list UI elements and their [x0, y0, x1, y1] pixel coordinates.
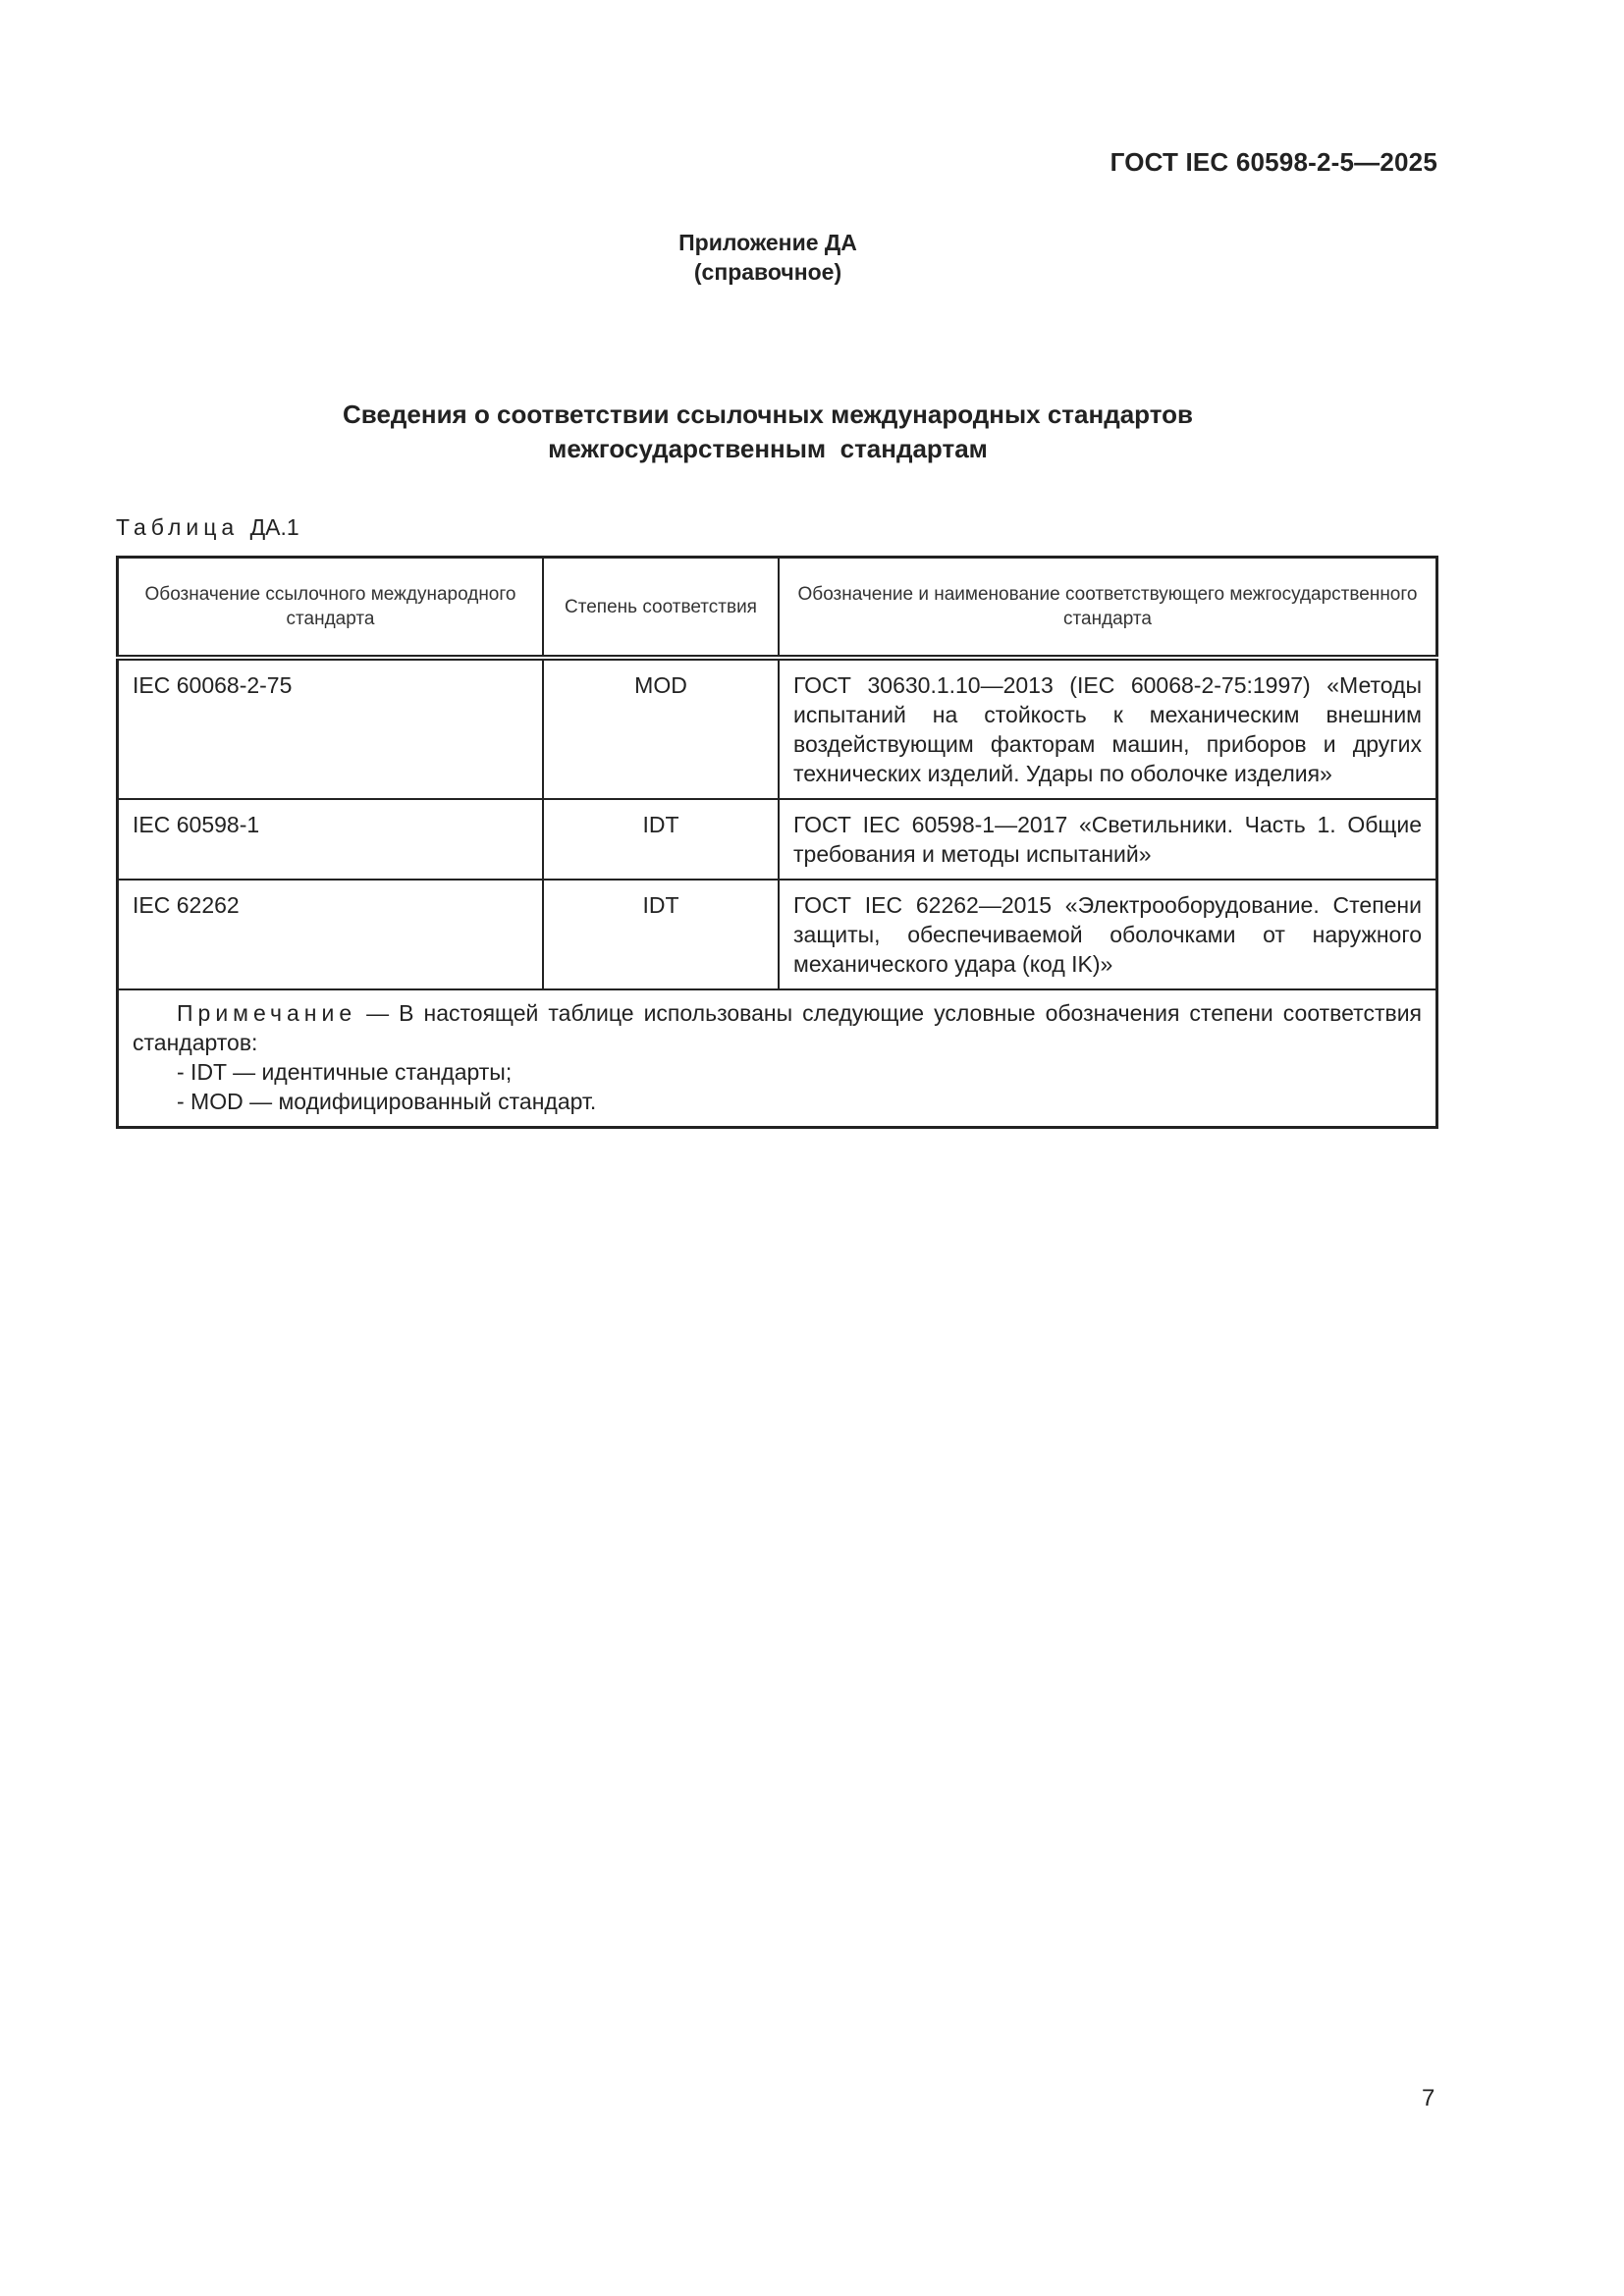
- appendix-subtitle: (справочное): [0, 257, 1536, 287]
- table-row: IEC 60068-2-75 MOD ГОСТ 30630.1.10—2013 …: [118, 658, 1437, 799]
- cell-degree: MOD: [543, 658, 779, 799]
- document-code: ГОСТ IEC 60598-2-5—2025: [1110, 147, 1437, 178]
- table-caption-number: ДА.1: [250, 514, 299, 540]
- table-note-row: Примечание — В настоящей таблице использ…: [118, 989, 1437, 1128]
- appendix-heading: Приложение ДА (справочное): [0, 228, 1536, 287]
- note-item-mod: - MOD — модифицированный стандарт.: [133, 1087, 1422, 1116]
- note-item-idt: - IDT — идентичные стандарты;: [133, 1057, 1422, 1087]
- cell-degree: IDT: [543, 799, 779, 880]
- note-label: Примечание: [177, 1000, 356, 1026]
- cell-interstate: ГОСТ 30630.1.10—2013 (IEC 60068-2-75:199…: [779, 658, 1437, 799]
- table-caption: Таблица ДА.1: [116, 514, 299, 541]
- section-title-line-1: Сведения о соответствии ссылочных междун…: [0, 398, 1536, 432]
- header-international-standard: Обозначение ссылочного международного ст…: [118, 558, 544, 659]
- cell-international: IEC 60598-1: [118, 799, 544, 880]
- header-interstate-standard: Обозначение и наименование соответствующ…: [779, 558, 1437, 659]
- cell-international: IEC 62262: [118, 880, 544, 989]
- cell-international: IEC 60068-2-75: [118, 658, 544, 799]
- header-degree: Степень соответствия: [543, 558, 779, 659]
- cell-degree: IDT: [543, 880, 779, 989]
- appendix-title: Приложение ДА: [0, 228, 1536, 257]
- cell-interstate: ГОСТ IEC 62262—2015 «Электрооборудование…: [779, 880, 1437, 989]
- table-note: Примечание — В настоящей таблице использ…: [118, 989, 1437, 1128]
- page-number: 7: [1422, 2085, 1435, 2112]
- table-caption-word: Таблица: [116, 514, 239, 540]
- correspondence-table: Обозначение ссылочного международного ст…: [116, 556, 1438, 1129]
- table-row: IEC 60598-1 IDT ГОСТ IEC 60598-1—2017 «С…: [118, 799, 1437, 880]
- section-title-line-2: межгосударственным стандартам: [0, 432, 1536, 466]
- table-header-row: Обозначение ссылочного международного ст…: [118, 558, 1437, 659]
- note-intro: Примечание — В настоящей таблице использ…: [133, 998, 1422, 1057]
- cell-interstate: ГОСТ IEC 60598-1—2017 «Светильники. Част…: [779, 799, 1437, 880]
- table-row: IEC 62262 IDT ГОСТ IEC 62262—2015 «Элект…: [118, 880, 1437, 989]
- section-title: Сведения о соответствии ссылочных междун…: [0, 398, 1536, 466]
